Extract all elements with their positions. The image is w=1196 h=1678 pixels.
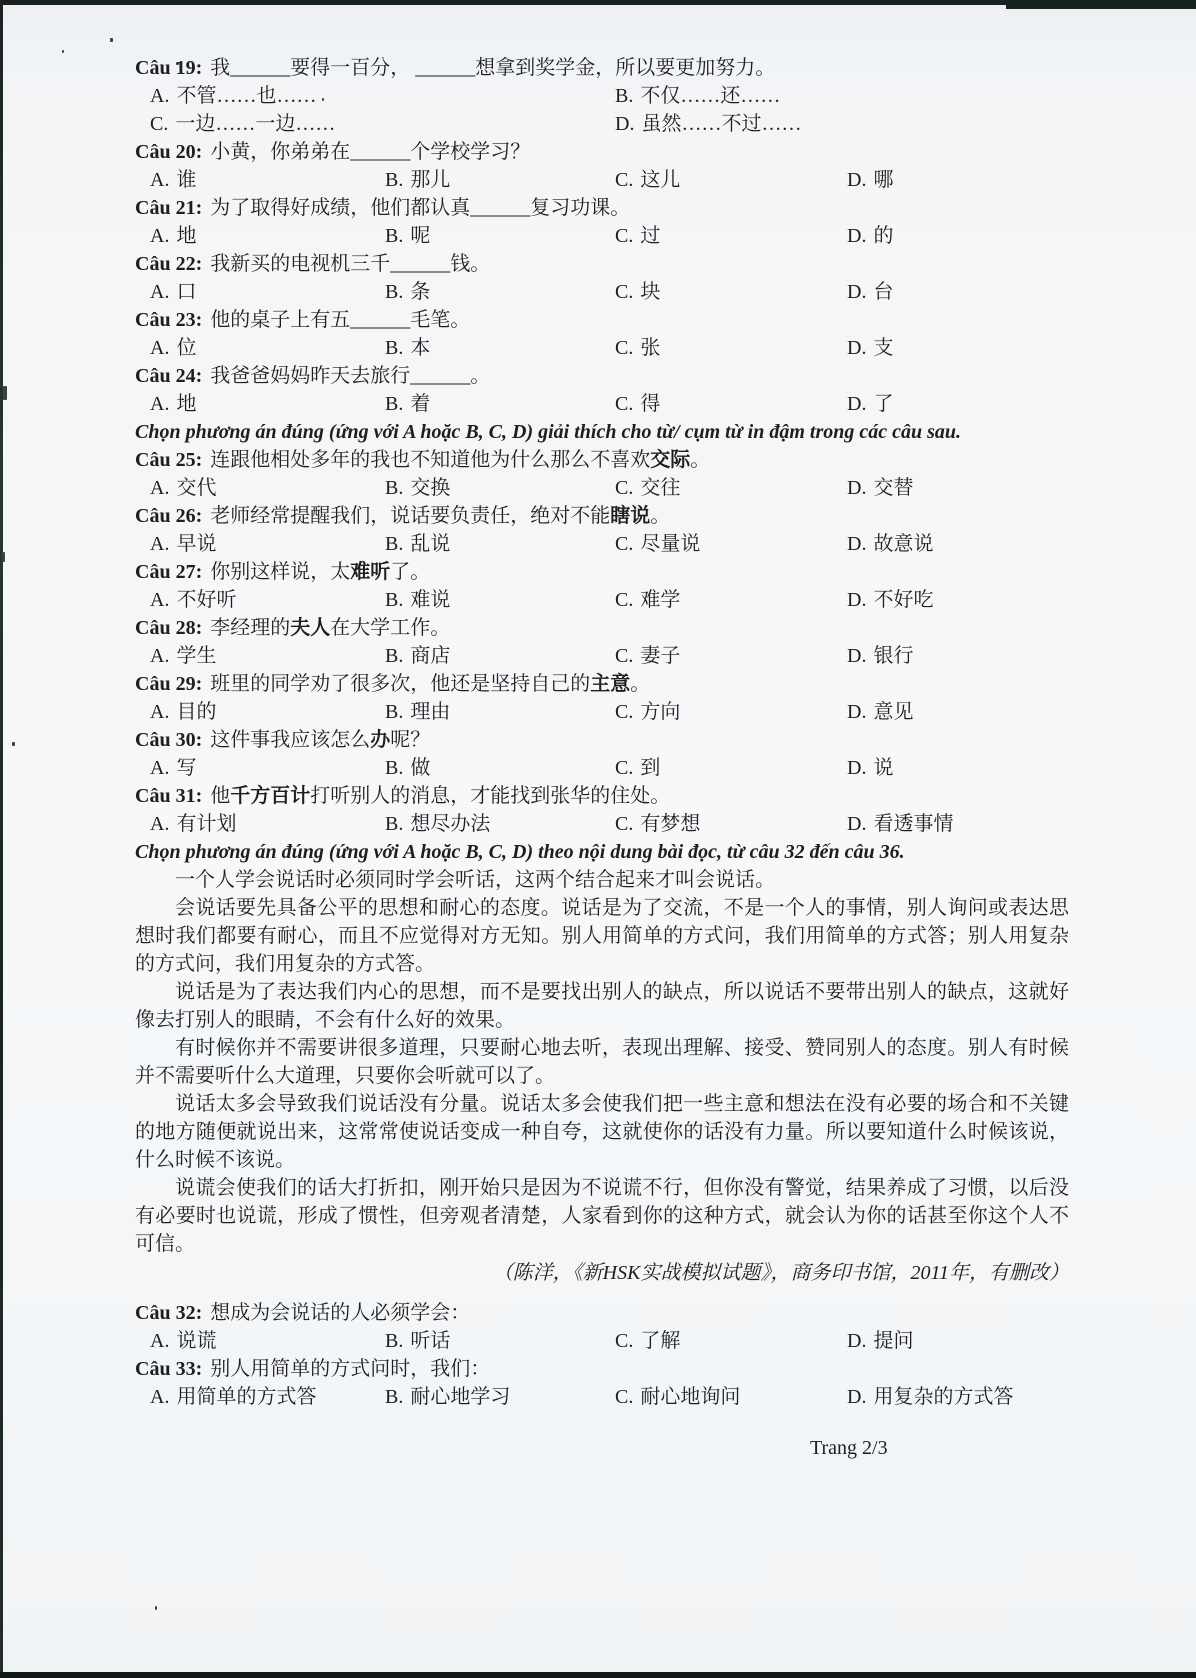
option-letter: D.: [847, 645, 866, 667]
option-text: 用复杂的方式答: [873, 1386, 1013, 1408]
option-b: B.听话: [385, 1327, 615, 1355]
option-letter: A.: [150, 337, 169, 359]
option-text: 了: [873, 393, 893, 415]
option-d: D.用复杂的方式答: [847, 1383, 1069, 1411]
question-block: Câu 22:我新买的电视机三千______钱。A.口B.条C.块D.台: [135, 250, 1069, 306]
question-block: Câu 29:班里的同学劝了很多次，他还是坚持自己的主意。A.目的B.理由C.方…: [135, 670, 1069, 726]
question-line: Câu 27:你别这样说，太难听了。: [135, 558, 1069, 586]
option-text: 乱说: [410, 533, 450, 555]
option-letter: C.: [615, 813, 633, 835]
question-label: Câu 27:: [135, 561, 202, 583]
option-d: D.了: [847, 390, 1069, 418]
option-d: D.交替: [847, 474, 1069, 502]
question-line: Câu 33:别人用简单的方式问时，我们：: [135, 1355, 1069, 1383]
option-letter: D.: [847, 533, 866, 555]
option-letter: B.: [385, 225, 403, 247]
option-a: A.学生: [150, 642, 385, 670]
passage-citation: （陈洋，《新HSK实战模拟试题》，商务印书馆，2011年，有删改）: [135, 1259, 1069, 1287]
option-letter: C.: [615, 169, 633, 191]
option-text: 听话: [410, 1330, 450, 1352]
option-c: C.妻子: [615, 642, 847, 670]
options-row: A.不好听B.难说C.难学D.不好吃: [135, 586, 1069, 614]
option-c: C.张: [615, 334, 847, 362]
scan-speck: [62, 50, 64, 53]
question-line: Câu 30:这件事我应该怎么办呢？: [135, 726, 1069, 754]
option-c: C.有梦想: [615, 810, 847, 838]
option-d: D.故意说: [847, 530, 1069, 558]
option-text: 有计划: [176, 813, 236, 835]
option-letter: D.: [847, 1386, 866, 1408]
option-letter: A.: [150, 85, 169, 107]
option-d: D.看透事情: [847, 810, 1069, 838]
options-row: A.地B.呢C.过D.的: [135, 222, 1069, 250]
question-line: Câu 31:他千方百计打听别人的消息，才能找到张华的住处。: [135, 782, 1069, 810]
question-label: Câu 32:: [135, 1302, 202, 1324]
question-label: Câu 26:: [135, 505, 202, 527]
option-d: D.意见: [847, 698, 1069, 726]
question-text: 班里的同学劝了很多次，他还是坚持自己的主意。: [210, 673, 650, 695]
question-line: Câu 20:小黄，你弟弟在______个学校学习？: [135, 138, 1069, 166]
option-text: 交代: [176, 477, 216, 499]
option-text: 呢: [410, 225, 430, 247]
option-letter: C.: [615, 1386, 633, 1408]
option-text: 交换: [410, 477, 450, 499]
option-text: 不仅……还……: [640, 85, 780, 107]
option-b: B.乱说: [385, 530, 615, 558]
option-c: C.这儿: [615, 166, 847, 194]
option-letter: C.: [615, 757, 633, 779]
option-b: B.那儿: [385, 166, 615, 194]
option-b: B.耐心地学习: [385, 1383, 615, 1411]
question-line: Câu 23:他的桌子上有五______毛笔。: [135, 306, 1069, 334]
option-letter: D.: [847, 337, 866, 359]
question-line: Câu 28:李经理的夫人在大学工作。: [135, 614, 1069, 642]
options-row: A.不管……也……B.不仅……还……C.一边……一边……D.虽然……不过……: [135, 82, 1069, 138]
option-text: 妻子: [640, 645, 680, 667]
section-instruction: Chọn phương án đúng (ứng với A hoặc B, C…: [135, 838, 1069, 866]
option-text: 耐心地学习: [410, 1386, 510, 1408]
question-text: 我爸爸妈妈昨天去旅行______。: [210, 365, 490, 387]
option-b: B.做: [385, 754, 615, 782]
question-block: Câu 23:他的桌子上有五______毛笔。A.位B.本C.张D.支: [135, 306, 1069, 362]
option-text: 本: [410, 337, 430, 359]
question-label: Câu 29:: [135, 673, 202, 695]
option-letter: C.: [615, 701, 633, 723]
option-text: 张: [640, 337, 660, 359]
scan-speck: [12, 742, 15, 746]
option-text: 交替: [873, 477, 913, 499]
option-letter: D.: [615, 113, 634, 135]
question-text: 你别这样说，太难听了。: [210, 561, 430, 583]
question-text: 小黄，你弟弟在______个学校学习？: [210, 141, 530, 163]
option-a: A.不好听: [150, 586, 385, 614]
question-label: Câu 30:: [135, 729, 202, 751]
option-d: D.银行: [847, 642, 1069, 670]
option-letter: A.: [150, 1386, 169, 1408]
option-letter: B.: [385, 589, 403, 611]
option-d: D.不好吃: [847, 586, 1069, 614]
option-letter: B.: [385, 813, 403, 835]
option-text: 口: [176, 281, 196, 303]
option-a: A.用简单的方式答: [150, 1383, 385, 1411]
scan-speck: [110, 38, 113, 42]
option-letter: C.: [150, 113, 168, 135]
option-letter: D.: [847, 477, 866, 499]
option-b: B.不仅……还……: [615, 82, 1069, 110]
scan-speck: [2, 552, 5, 562]
question-line: Câu 24:我爸爸妈妈昨天去旅行______。: [135, 362, 1069, 390]
question-text: 为了取得好成绩，他们都认真______复习功课。: [210, 197, 630, 219]
option-b: B.着: [385, 390, 615, 418]
option-b: B.呢: [385, 222, 615, 250]
option-text: 银行: [873, 645, 913, 667]
option-text: 虽然……不过……: [641, 113, 801, 135]
scan-speck: [155, 1606, 157, 1610]
option-letter: B.: [385, 393, 403, 415]
option-c: C.交往: [615, 474, 847, 502]
option-text: 台: [873, 281, 893, 303]
option-text: 提问: [873, 1330, 913, 1352]
option-letter: D.: [847, 281, 866, 303]
option-text: 支: [873, 337, 893, 359]
option-text: 到: [640, 757, 660, 779]
option-a: A.交代: [150, 474, 385, 502]
option-letter: A.: [150, 477, 169, 499]
option-a: A.目的: [150, 698, 385, 726]
option-a: A.有计划: [150, 810, 385, 838]
option-letter: A.: [150, 281, 169, 303]
option-d: D.说: [847, 754, 1069, 782]
options-row: A.写B.做C.到D.说: [135, 754, 1069, 782]
option-text: 这儿: [640, 169, 680, 191]
content: Câu 19:我______要得一百分， ______想拿到奖学金，所以要更加努…: [135, 54, 1069, 1411]
option-text: 条: [410, 281, 430, 303]
option-letter: B.: [385, 337, 403, 359]
question-label: Câu 20:: [135, 141, 202, 163]
option-a: A.早说: [150, 530, 385, 558]
section-instruction: Chọn phương án đúng (ứng với A hoặc B, C…: [135, 418, 1069, 446]
question-block: Câu 24:我爸爸妈妈昨天去旅行______。A.地B.着C.得D.了: [135, 362, 1069, 418]
option-letter: B.: [385, 281, 403, 303]
option-text: 写: [176, 757, 196, 779]
option-b: B.条: [385, 278, 615, 306]
option-letter: C.: [615, 645, 633, 667]
passage-paragraph: 说话是为了表达我们内心的思想，而不是要找出别人的缺点，所以说话不要带出别人的缺点…: [135, 978, 1069, 1034]
option-letter: A.: [150, 393, 169, 415]
option-text: 地: [176, 393, 196, 415]
options-row: A.有计划B.想尽办法C.有梦想D.看透事情: [135, 810, 1069, 838]
option-c: C.方向: [615, 698, 847, 726]
question-line: Câu 32:想成为会说话的人必须学会：: [135, 1299, 1069, 1327]
option-text: 一边……一边……: [175, 113, 335, 135]
option-letter: B.: [385, 757, 403, 779]
option-c: C.难学: [615, 586, 847, 614]
option-letter: D.: [847, 225, 866, 247]
option-a: A.写: [150, 754, 385, 782]
options-row: A.说谎B.听话C.了解D.提问: [135, 1327, 1069, 1355]
option-text: 谁: [176, 169, 196, 191]
question-block: Câu 21:为了取得好成绩，他们都认真______复习功课。A.地B.呢C.过…: [135, 194, 1069, 250]
option-text: 说: [873, 757, 893, 779]
page-number: Trang 2/3: [810, 1437, 888, 1460]
option-text: 地: [176, 225, 196, 247]
option-letter: A.: [150, 757, 169, 779]
option-d: D.提问: [847, 1327, 1069, 1355]
options-row: A.目的B.理由C.方向D.意见: [135, 698, 1069, 726]
option-letter: B.: [385, 1330, 403, 1352]
scanned-exam-page: Câu 19:我______要得一百分， ______想拿到奖学金，所以要更加努…: [0, 0, 1196, 1678]
options-row: A.学生B.商店C.妻子D.银行: [135, 642, 1069, 670]
question-label: Câu 24:: [135, 365, 202, 387]
option-text: 学生: [176, 645, 216, 667]
option-a: A.地: [150, 222, 385, 250]
question-label: Câu 21:: [135, 197, 202, 219]
option-letter: D.: [847, 757, 866, 779]
question-label: Câu 28:: [135, 617, 202, 639]
question-line: Câu 29:班里的同学劝了很多次，他还是坚持自己的主意。: [135, 670, 1069, 698]
option-letter: C.: [615, 337, 633, 359]
passage-paragraph: 有时候你并不需要讲很多道理，只要耐心地去听，表现出理解、接受、赞同别人的态度。别…: [135, 1034, 1069, 1090]
passage-paragraph: 会说话要先具备公平的思想和耐心的态度。说话是为了交流，不是一个人的事情，别人询问…: [135, 894, 1069, 978]
options-row: A.交代B.交换C.交往D.交替: [135, 474, 1069, 502]
question-block: Câu 30:这件事我应该怎么办呢？A.写B.做C.到D.说: [135, 726, 1069, 782]
question-text: 别人用简单的方式问时，我们：: [210, 1358, 490, 1380]
option-text: 想尽办法: [410, 813, 490, 835]
question-text: 连跟他相处多年的我也不知道他为什么那么不喜欢交际。: [210, 449, 710, 471]
option-letter: C.: [615, 589, 633, 611]
question-text: 李经理的夫人在大学工作。: [210, 617, 450, 639]
option-letter: B.: [385, 169, 403, 191]
question-block: Câu 32:想成为会说话的人必须学会：A.说谎B.听话C.了解D.提问: [135, 1299, 1069, 1355]
option-text: 不管……也……: [176, 85, 316, 107]
option-letter: D.: [847, 813, 866, 835]
option-letter: C.: [615, 533, 633, 555]
scan-edge-top-right: [1006, 0, 1196, 9]
option-a: A.位: [150, 334, 385, 362]
question-block: Câu 19:我______要得一百分， ______想拿到奖学金，所以要更加努…: [135, 54, 1069, 138]
option-letter: A.: [150, 1330, 169, 1352]
option-letter: B.: [385, 645, 403, 667]
option-text: 不好吃: [873, 589, 933, 611]
option-text: 意见: [873, 701, 913, 723]
question-text: 他的桌子上有五______毛笔。: [210, 309, 470, 331]
option-b: B.交换: [385, 474, 615, 502]
option-b: B.本: [385, 334, 615, 362]
option-text: 那儿: [410, 169, 450, 191]
question-block: Câu 20:小黄，你弟弟在______个学校学习？A.谁B.那儿C.这儿D.哪: [135, 138, 1069, 194]
option-text: 用简单的方式答: [176, 1386, 316, 1408]
question-text: 想成为会说话的人必须学会：: [210, 1302, 470, 1324]
options-row: A.用简单的方式答B.耐心地学习C.耐心地询问D.用复杂的方式答: [135, 1383, 1069, 1411]
option-text: 着: [410, 393, 430, 415]
option-text: 早说: [176, 533, 216, 555]
option-a: A.口: [150, 278, 385, 306]
passage-paragraph: 一个人学会说话时必须同时学会听话，这两个结合起来才叫会说话。: [135, 866, 1069, 894]
question-line: Câu 19:我______要得一百分， ______想拿到奖学金，所以要更加努…: [135, 54, 1069, 82]
option-letter: B.: [385, 1386, 403, 1408]
scan-speck: [3, 386, 7, 400]
option-letter: A.: [150, 533, 169, 555]
question-block: Câu 33:别人用简单的方式问时，我们：A.用简单的方式答B.耐心地学习C.耐…: [135, 1355, 1069, 1411]
option-letter: A.: [150, 645, 169, 667]
question-block: Câu 27:你别这样说，太难听了。A.不好听B.难说C.难学D.不好吃: [135, 558, 1069, 614]
option-c: C.到: [615, 754, 847, 782]
question-label: Câu 33:: [135, 1358, 202, 1380]
option-letter: C.: [615, 281, 633, 303]
option-letter: C.: [615, 477, 633, 499]
options-row: A.地B.着C.得D.了: [135, 390, 1069, 418]
option-d: D.哪: [847, 166, 1069, 194]
option-text: 位: [176, 337, 196, 359]
option-letter: B.: [385, 477, 403, 499]
option-text: 了解: [640, 1330, 680, 1352]
option-text: 理由: [410, 701, 450, 723]
question-text: 我新买的电视机三千______钱。: [210, 253, 490, 275]
question-label: Câu 31:: [135, 785, 202, 807]
option-d: D.支: [847, 334, 1069, 362]
option-text: 难说: [410, 589, 450, 611]
option-a: A.地: [150, 390, 385, 418]
passage-paragraph: 说话太多会导致我们说话没有分量。说话太多会使我们把一些主意和想法在没有必要的场合…: [135, 1090, 1069, 1174]
question-text: 他千方百计打听别人的消息，才能找到张华的住处。: [210, 785, 670, 807]
option-text: 尽量说: [640, 533, 700, 555]
option-c: C.耐心地询问: [615, 1383, 847, 1411]
option-letter: A.: [150, 813, 169, 835]
option-text: 得: [640, 393, 660, 415]
option-text: 商店: [410, 645, 450, 667]
option-b: B.商店: [385, 642, 615, 670]
option-letter: D.: [847, 393, 866, 415]
option-d: D.台: [847, 278, 1069, 306]
question-block: Câu 26:老师经常提醒我们，说话要负责任，绝对不能瞎说。A.早说B.乱说C.…: [135, 502, 1069, 558]
option-text: 有梦想: [640, 813, 700, 835]
option-text: 看透事情: [873, 813, 953, 835]
option-text: 的: [873, 225, 893, 247]
option-text: 交往: [640, 477, 680, 499]
question-text: 我______要得一百分， ______想拿到奖学金，所以要更加努力。: [210, 57, 775, 79]
option-letter: A.: [150, 225, 169, 247]
option-b: B.想尽办法: [385, 810, 615, 838]
option-c: C.块: [615, 278, 847, 306]
option-text: 难学: [640, 589, 680, 611]
option-c: C.得: [615, 390, 847, 418]
question-line: Câu 26:老师经常提醒我们，说话要负责任，绝对不能瞎说。: [135, 502, 1069, 530]
option-letter: D.: [847, 169, 866, 191]
question-text: 老师经常提醒我们，说话要负责任，绝对不能瞎说。: [210, 505, 670, 527]
option-text: 目的: [176, 701, 216, 723]
option-letter: A.: [150, 169, 169, 191]
option-letter: D.: [847, 1330, 866, 1352]
option-letter: B.: [385, 701, 403, 723]
options-row: A.谁B.那儿C.这儿D.哪: [135, 166, 1069, 194]
option-d: D.虽然……不过……: [615, 110, 1069, 138]
option-c: C.过: [615, 222, 847, 250]
options-row: A.位B.本C.张D.支: [135, 334, 1069, 362]
option-text: 不好听: [176, 589, 236, 611]
option-c: C.尽量说: [615, 530, 847, 558]
options-row: A.早说B.乱说C.尽量说D.故意说: [135, 530, 1069, 558]
question-block: Câu 25:连跟他相处多年的我也不知道他为什么那么不喜欢交际。A.交代B.交换…: [135, 446, 1069, 502]
option-letter: B.: [615, 85, 633, 107]
question-line: Câu 22:我新买的电视机三千______钱。: [135, 250, 1069, 278]
option-letter: C.: [615, 225, 633, 247]
question-block: Câu 28:李经理的夫人在大学工作。A.学生B.商店C.妻子D.银行: [135, 614, 1069, 670]
option-text: 块: [640, 281, 660, 303]
option-a: A.谁: [150, 166, 385, 194]
option-text: 过: [640, 225, 660, 247]
scan-edge-bottom: [0, 1672, 1196, 1678]
option-a: A.不管……也……: [150, 82, 615, 110]
option-c: C.了解: [615, 1327, 847, 1355]
passage-paragraph: 说谎会使我们的话大打折扣，刚开始只是因为不说谎不行，但你没有警觉，结果养成了习惯…: [135, 1174, 1069, 1258]
question-label: Câu 25:: [135, 449, 202, 471]
question-block: Câu 31:他千方百计打听别人的消息，才能找到张华的住处。A.有计划B.想尽办…: [135, 782, 1069, 838]
option-a: A.说谎: [150, 1327, 385, 1355]
question-label: Câu 22:: [135, 253, 202, 275]
question-label: Câu 19:: [135, 57, 202, 79]
option-letter: D.: [847, 589, 866, 611]
scan-edge-left: [0, 0, 3, 1678]
question-line: Câu 25:连跟他相处多年的我也不知道他为什么那么不喜欢交际。: [135, 446, 1069, 474]
option-text: 哪: [873, 169, 893, 191]
question-text: 这件事我应该怎么办呢？: [210, 729, 430, 751]
option-d: D.的: [847, 222, 1069, 250]
option-letter: D.: [847, 701, 866, 723]
option-letter: C.: [615, 393, 633, 415]
option-text: 故意说: [873, 533, 933, 555]
question-line: Câu 21:为了取得好成绩，他们都认真______复习功课。: [135, 194, 1069, 222]
option-b: B.理由: [385, 698, 615, 726]
option-letter: A.: [150, 589, 169, 611]
question-label: Câu 23:: [135, 309, 202, 331]
option-b: B.难说: [385, 586, 615, 614]
option-letter: C.: [615, 1330, 633, 1352]
option-letter: A.: [150, 701, 169, 723]
option-c: C.一边……一边……: [150, 110, 615, 138]
option-text: 说谎: [176, 1330, 216, 1352]
option-text: 做: [410, 757, 430, 779]
option-letter: B.: [385, 533, 403, 555]
option-text: 耐心地询问: [640, 1386, 740, 1408]
option-text: 方向: [640, 701, 680, 723]
options-row: A.口B.条C.块D.台: [135, 278, 1069, 306]
